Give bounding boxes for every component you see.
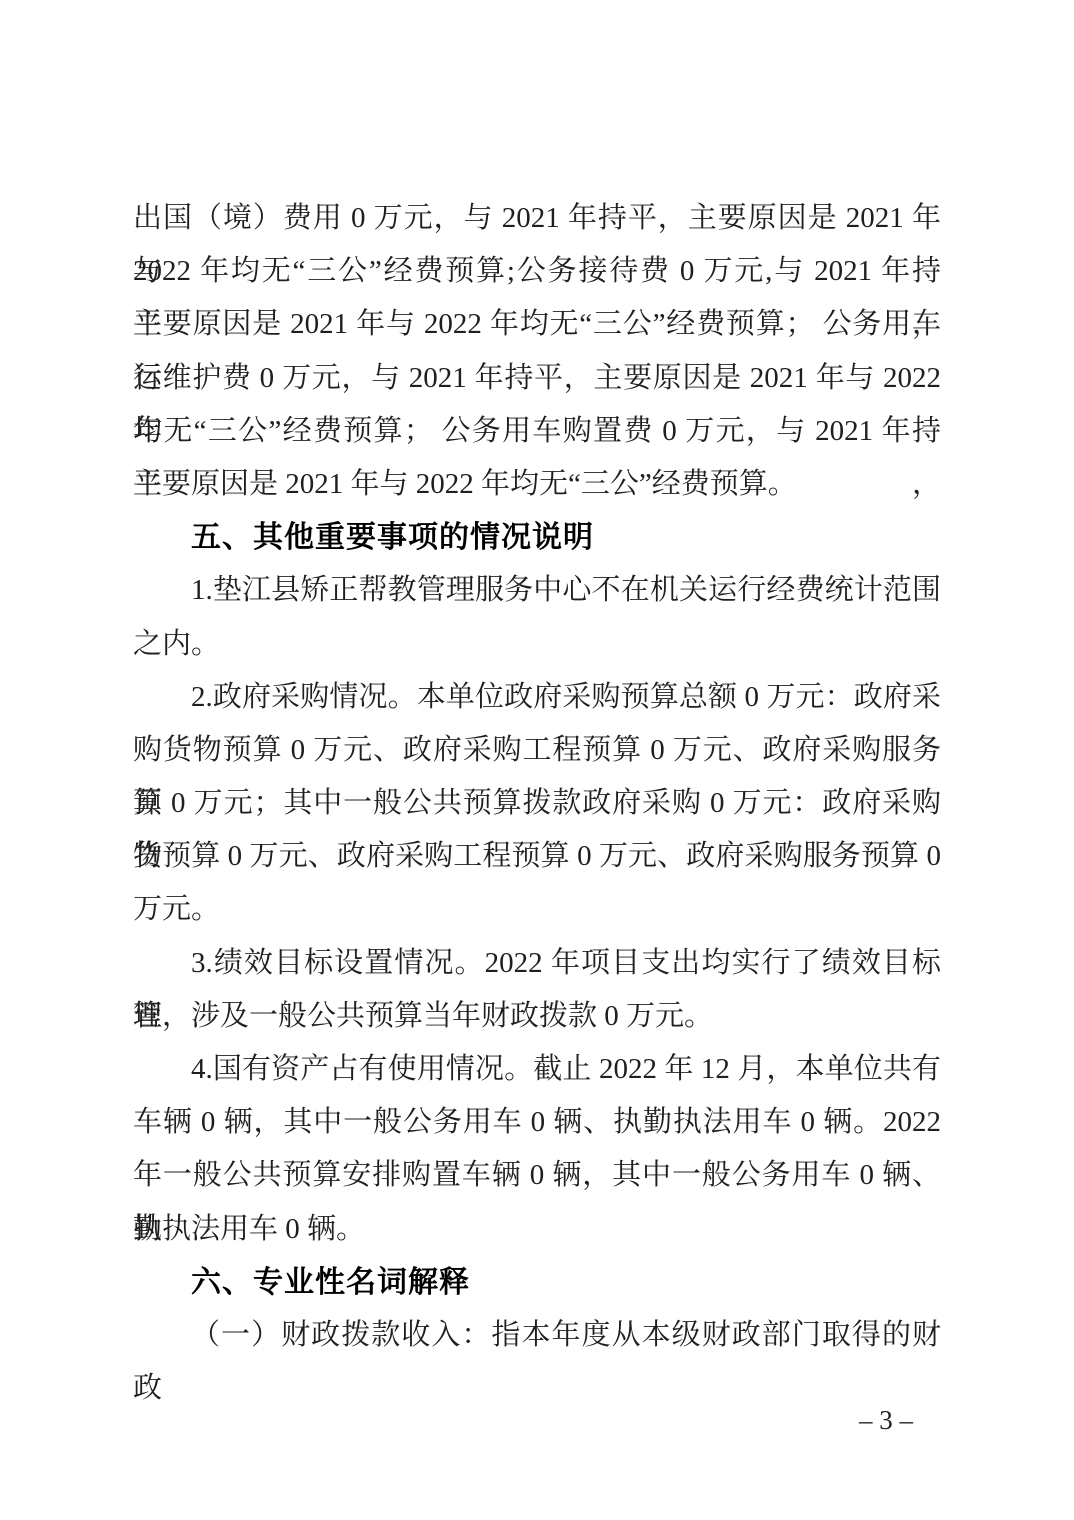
page-number: – 3 –	[816, 1400, 956, 1440]
para-line-first: 2.政府采购情况。本单位政府采购预算总额 0 万元：政府采	[133, 671, 941, 724]
para-line: 车辆 0 辆，其中一般公务用车 0 辆、执勤执法用车 0 辆。2022	[133, 1096, 941, 1149]
para-line: 均无“三公”经费预算； 公务用车购置费 0 万元，与 2021 年持平，	[133, 405, 941, 458]
para-line-end: 理，涉及一般公共预算当年财政拨款 0 万元。	[133, 990, 941, 1043]
para-line-end: 之内。	[133, 618, 941, 671]
para-line-end: 勤执法用车 0 辆。	[133, 1203, 941, 1256]
para-line-first: 4.国有资产占有使用情况。截止 2022 年 12 月，本单位共有	[133, 1043, 941, 1096]
para-line: 主要原因是 2021 年与 2022 年均无“三公”经费预算； 公务用车运	[133, 298, 941, 351]
para-line: 年一般公共预算安排购置车辆 0 辆，其中一般公务用车 0 辆、执	[133, 1149, 941, 1202]
document-body: 出国（境）费用 0 万元，与 2021 年持平，主要原因是 2021 年与 20…	[133, 192, 941, 1362]
para-line: 2022 年均无“三公”经费预算;公务接待费 0 万元,与 2021 年持平，	[133, 245, 941, 298]
para-line-end: 万元。	[133, 883, 941, 936]
para-line: 算 0 万元；其中一般公共预算拨款政府采购 0 万元：政府采购货	[133, 777, 941, 830]
para-line-first: 3.绩效目标设置情况。2022 年项目支出均实行了绩效目标管	[133, 937, 941, 990]
para-line-first: （一）财政拨款收入：指本年度从本级财政部门取得的财政	[133, 1309, 941, 1362]
para-line: 出国（境）费用 0 万元，与 2021 年持平，主要原因是 2021 年与	[133, 192, 941, 245]
para-line: 行维护费 0 万元，与 2021 年持平，主要原因是 2021 年与 2022 …	[133, 352, 941, 405]
document-page: 出国（境）费用 0 万元，与 2021 年持平，主要原因是 2021 年与 20…	[0, 0, 1074, 1520]
para-line-first: 1.垫江县矫正帮教管理服务中心不在机关运行经费统计范围	[133, 564, 941, 617]
section-heading-six: 六、专业性名词解释	[133, 1256, 941, 1309]
section-heading-five: 五、其他重要事项的情况说明	[133, 511, 941, 564]
para-line: 物预算 0 万元、政府采购工程预算 0 万元、政府采购服务预算 0	[133, 830, 941, 883]
para-line: 购货物预算 0 万元、政府采购工程预算 0 万元、政府采购服务预	[133, 724, 941, 777]
